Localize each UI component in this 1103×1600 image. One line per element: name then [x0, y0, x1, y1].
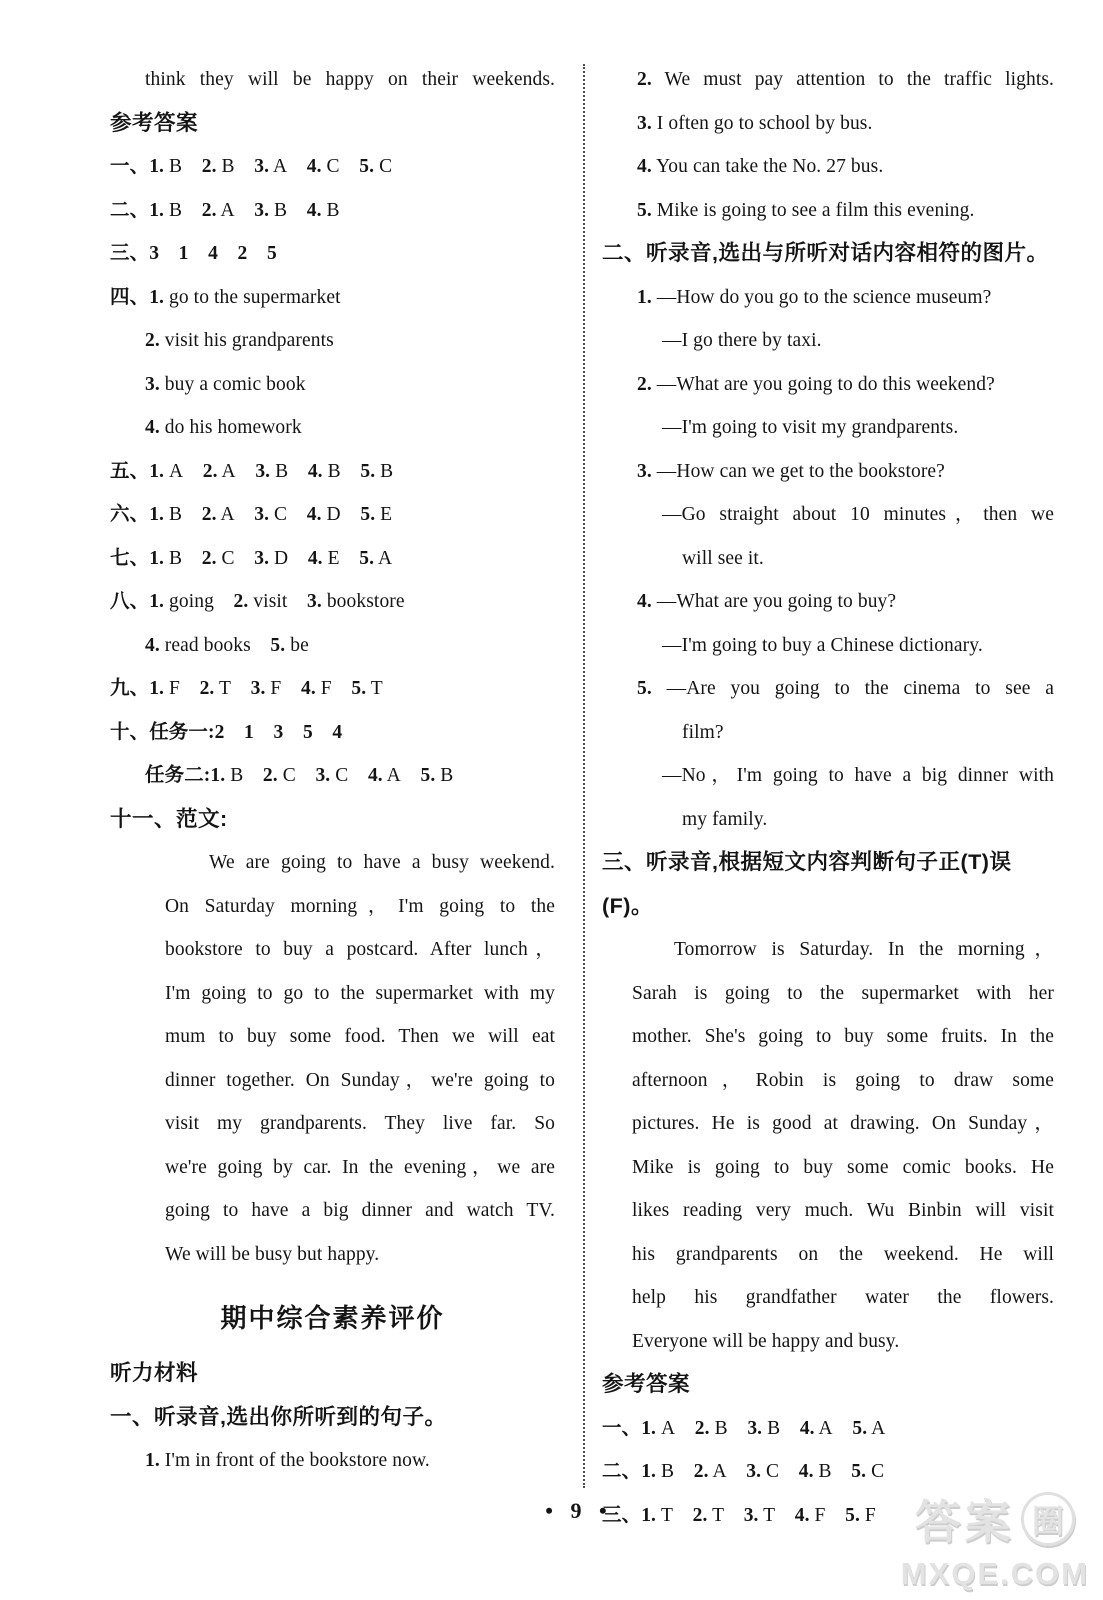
text-line: 4. read books 5. be [145, 624, 555, 668]
text-line: —I'm going to visit my grandparents. [662, 406, 1054, 450]
text-line: 二、1. B 2. A 3. B 4. B [110, 189, 555, 233]
watermark-site-text: MXQE.COM [901, 1556, 1089, 1592]
text-line: 2. We must pay attention to the traffic … [637, 58, 1054, 102]
text-line: help his grandfather water the flowers. [632, 1276, 1054, 1320]
text-line: Sarah is going to the supermarket with h… [632, 972, 1054, 1016]
text-line: 任务二:1. B 2. C 3. C 4. A 5. B [145, 754, 555, 798]
text-line: On Saturday morning，I'm going to the [165, 885, 555, 929]
text-line: I'm going to go to the supermarket with … [165, 972, 555, 1016]
text-line: 十一、范文: [110, 798, 555, 842]
text-line: 3. —How can we get to the bookstore? [637, 450, 1054, 494]
text-line: 六、1. B 2. A 3. C 4. D 5. E [110, 493, 555, 537]
text-line: 4. —What are you going to buy? [637, 580, 1054, 624]
text-line: 1. —How do you go to the science museum? [637, 276, 1054, 320]
text-line: his grandparents on the weekend. He will [632, 1233, 1054, 1277]
text-line: Tomorrow is Saturday. In the morning， [674, 928, 1054, 972]
text-line: 四、1. go to the supermarket [110, 276, 555, 320]
right-column: 2. We must pay attention to the traffic … [602, 58, 1054, 1537]
text-line: —Go straight about 10 minutes，then we [662, 493, 1054, 537]
text-line: mum to buy some food. Then we will eat [165, 1015, 555, 1059]
text-line: Everyone will be happy and busy. [632, 1320, 1054, 1364]
text-line: We will be busy but happy. [165, 1233, 555, 1277]
page-number: • 9 • [545, 1498, 612, 1524]
text-line: 一、听录音,选出你所听到的句子。 [110, 1396, 555, 1440]
reference-answers-heading: 参考答案 [110, 102, 555, 146]
left-column: think they will be happy on their weeken… [110, 58, 555, 1483]
text-line: We are going to have a busy weekend. [209, 841, 555, 885]
text-line: afternoon，Robin is going to draw some [632, 1059, 1054, 1103]
text-line: 二、听录音,选出与所听对话内容相符的图片。 [602, 232, 1054, 276]
text-line: 3. buy a comic book [145, 363, 555, 407]
watermark-circle-badge-icon: 圈 [1021, 1492, 1075, 1546]
text-line: Mike is going to buy some comic books. H… [632, 1146, 1054, 1190]
text-line: 五、1. A 2. A 3. B 4. B 5. B [110, 450, 555, 494]
midterm-assessment-heading: 期中综合素养评价 [110, 1292, 555, 1344]
text-line: 4. You can take the No. 27 bus. [637, 145, 1054, 189]
column-divider-dotted-line [583, 64, 585, 1488]
workbook-answer-page: think they will be happy on their weeken… [0, 0, 1103, 1600]
text-line: 八、1. going 2. visit 3. bookstore [110, 580, 555, 624]
text-line: going to have a big dinner and watch TV. [165, 1189, 555, 1233]
text-line: mother. She's going to buy some fruits. … [632, 1015, 1054, 1059]
text-line: 4. do his homework [145, 406, 555, 450]
watermark: 答案圈 MXQE.COM [901, 1486, 1089, 1592]
reference-answers-heading: 参考答案 [602, 1363, 1054, 1407]
text-line: my family. [682, 798, 1054, 842]
watermark-brand-text: 答案 [915, 1486, 1015, 1552]
text-line: 一、1. B 2. B 3. A 4. C 5. C [110, 145, 555, 189]
text-line: pictures. He is good at drawing. On Sund… [632, 1102, 1054, 1146]
text-line: dinner together. On Sunday，we're going t… [165, 1059, 555, 1103]
text-line: —I'm going to buy a Chinese dictionary. [662, 624, 1054, 668]
text-line: 2. visit his grandparents [145, 319, 555, 363]
text-line: we're going by car. In the evening，we ar… [165, 1146, 555, 1190]
text-line: film? [682, 711, 1054, 755]
text-line: 5. Mike is going to see a film this even… [637, 189, 1054, 233]
text-line: 三、听录音,根据短文内容判断句子正(T)误(F)。 [602, 841, 1054, 928]
text-line: —I go there by taxi. [662, 319, 1054, 363]
text-line: —No，I'm going to have a big dinner with [662, 754, 1054, 798]
text-line: 3. I often go to school by bus. [637, 102, 1054, 146]
text-line: 九、1. F 2. T 3. F 4. F 5. T [110, 667, 555, 711]
listening-material-heading: 听力材料 [110, 1352, 555, 1396]
text-line: 十、任务一:2 1 3 5 4 [110, 711, 555, 755]
watermark-brand: 答案圈 [901, 1486, 1089, 1552]
text-line: will see it. [682, 537, 1054, 581]
text-line: bookstore to buy a postcard. After lunch… [165, 928, 555, 972]
text-line: 1. I'm in front of the bookstore now. [145, 1439, 555, 1483]
text-line: 一、1. A 2. B 3. B 4. A 5. A [602, 1407, 1054, 1451]
text-line: 5. —Are you going to the cinema to see a [637, 667, 1054, 711]
text-line: 七、1. B 2. C 3. D 4. E 5. A [110, 537, 555, 581]
text-line: likes reading very much. Wu Binbin will … [632, 1189, 1054, 1233]
text-line: 2. —What are you going to do this weeken… [637, 363, 1054, 407]
text-line: think they will be happy on their weeken… [145, 58, 555, 102]
text-line: 三、3 1 4 2 5 [110, 232, 555, 276]
text-line: visit my grandparents. They live far. So [165, 1102, 555, 1146]
